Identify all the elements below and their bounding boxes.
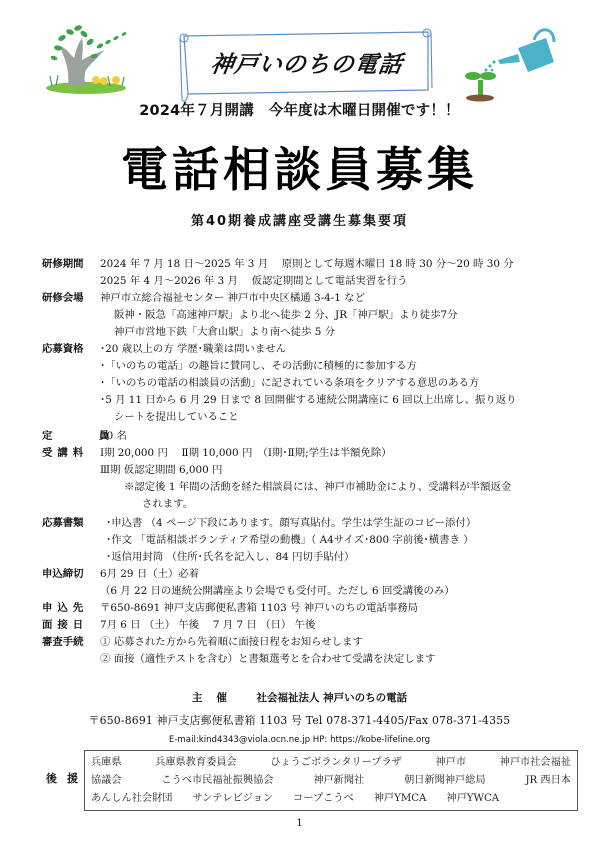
sponsor-item: 神戸YMCA xyxy=(374,790,427,808)
row-capacity: 定 員 30 名 xyxy=(42,428,582,445)
value-fee-4: されます。 xyxy=(142,496,582,513)
label-venue: 研修会場 xyxy=(42,290,100,307)
value-fee-2: Ⅲ期 仮認定期間 6,000 円 xyxy=(100,462,582,479)
row-apply-to: 申込先 〒650-8691 神戸支店郵便私書箱 1103 号 神戸いのちの電話事… xyxy=(42,600,582,617)
value-interview: 7月 6 日 （土） 午後 7 月 7 日 （日） 午後 xyxy=(100,617,582,634)
sponsor-item: 神戸市 xyxy=(435,754,466,772)
row-venue: 研修会場 神戸市立総合福祉センター 神戸市中央区橘通 3-4-1 など xyxy=(42,290,582,307)
value-eligibility-1: ･20 歳以上の方 学歴･職業は問いません xyxy=(100,341,582,358)
banner-title: 神戸いのちの電話 xyxy=(194,46,421,79)
row-venue-3: 神戸市営地下鉄「大倉山駅」より南へ徒歩 5 分 xyxy=(42,324,582,341)
label-documents: 応募書類 xyxy=(42,515,100,532)
page-number: 1 xyxy=(0,818,599,829)
value-fee-1: Ⅰ期 20,000 円 Ⅱ期 10,000 円 （Ⅰ期･Ⅱ期;学生は半額免除） xyxy=(100,445,582,462)
row-training-period-2: 2025 年 4 月～2026 年 3 月 仮認定期間として電話実習を行う xyxy=(42,273,582,290)
value-apply-to: 〒650-8691 神戸支店郵便私書箱 1103 号 神戸いのちの電話事務局 xyxy=(100,600,582,617)
label-interview: 面接日 xyxy=(42,617,100,634)
sponsor-item: 兵庫県教育委員会 xyxy=(155,754,237,772)
sponsor-item: 協議会 xyxy=(91,772,122,790)
row-deadline-2: （6 月 22 日の連続公開講座より会場でも受付可。ただし 6 回受講後のみ） xyxy=(42,583,582,600)
value-screening-2: ② 面接（適性テストを含む）と書類選考とを合わせて受講を決定します xyxy=(100,651,582,668)
row-documents-3: ･返信用封筒 （住所･氏名を記入し、84 円切手貼付） xyxy=(42,549,582,566)
sponsor-item: あんしん社会財団 xyxy=(91,790,173,808)
row-fee-3: ※認定後 1 年間の活動を経た相談員には、神戸市補助金により、受講料が半額返金 xyxy=(42,479,582,496)
value-documents-3: ･返信用封筒 （住所･氏名を記入し、84 円切手貼付） xyxy=(106,549,582,566)
organizer-address: 〒650-8691 神戸支店郵便私書箱 1103 号 Tel 078-371-4… xyxy=(0,713,599,728)
sponsor-item: 神戸市社会福祉 xyxy=(500,754,571,772)
sponsor-item: ひょうごボランタリープラザ xyxy=(270,754,402,772)
label-apply-to: 申込先 xyxy=(42,600,100,617)
subtitle: 2024年７月開講 今年度は木曜日開催です！！ xyxy=(0,99,599,120)
details-section: 研修期間 2024 年 7 月 18 日～2025 年 3 月 原則として毎週木… xyxy=(42,256,582,668)
value-training-period-2: 2025 年 4 月～2026 年 3 月 仮認定期間として電話実習を行う xyxy=(100,273,582,290)
sponsor-item: コープこうべ xyxy=(293,790,354,808)
label-eligibility: 応募資格 xyxy=(42,341,100,358)
label-capacity: 定 員 xyxy=(42,428,100,445)
row-interview: 面接日 7月 6 日 （土） 午後 7 月 7 日 （日） 午後 xyxy=(42,617,582,634)
value-venue-3: 神戸市営地下鉄「大倉山駅」より南へ徒歩 5 分 xyxy=(114,324,582,341)
organizer-contact: E-mail:kind4343@viola.ocn.ne.jp HP: http… xyxy=(0,735,599,745)
sponsor-item: 朝日新聞神戸総局 xyxy=(404,772,486,790)
sponsor-item: 神戸新聞社 xyxy=(313,772,364,790)
sponsors-label: 後援 xyxy=(46,770,88,786)
sponsors-box: 兵庫県 兵庫県教育委員会 ひょうごボランタリープラザ 神戸市 神戸市社会福祉 協… xyxy=(84,750,578,811)
label-screening: 審査手続 xyxy=(42,634,100,651)
row-eligibility-5: シートを提出していること xyxy=(42,409,582,426)
organizer-host: 主催 社会福祉法人 神戸いのちの電話 xyxy=(0,690,599,705)
tree-illustration xyxy=(38,18,128,96)
row-deadline: 申込締切 6月 29 日（土）必着 xyxy=(42,566,582,583)
row-fee-4: されます。 xyxy=(42,496,582,513)
value-eligibility-5: シートを提出していること xyxy=(114,409,582,426)
main-title: 電話相談員募集 xyxy=(0,133,599,200)
row-eligibility-4: ･5 月 11 日から 6 月 29 日まで 8 回開催する連続公開講座に 6 … xyxy=(42,392,582,409)
row-training-period: 研修期間 2024 年 7 月 18 日～2025 年 3 月 原則として毎週木… xyxy=(42,256,582,273)
host-label: 主催 xyxy=(192,692,241,704)
section-title: 第40期養成講座受講生募集要項 xyxy=(0,210,599,229)
row-fee: 受講料 Ⅰ期 20,000 円 Ⅱ期 10,000 円 （Ⅰ期･Ⅱ期;学生は半額… xyxy=(42,445,582,462)
value-deadline-2: （6 月 22 日の連続公開講座より会場でも受付可。ただし 6 回受講後のみ） xyxy=(100,583,582,600)
sponsor-line-1: 兵庫県 兵庫県教育委員会 ひょうごボランタリープラザ 神戸市 神戸市社会福祉 xyxy=(91,754,571,772)
value-eligibility-2: ･「いのちの電話」の趣旨に賛同し、その活動に積極的に参加する方 xyxy=(100,358,582,375)
value-documents-1: ･申込書 （4 ページ下段にあります。顔写真貼付。学生は学生証のコピー添付） xyxy=(100,515,582,532)
value-capacity: 30 名 xyxy=(100,428,582,445)
row-documents: 応募書類 ･申込書 （4 ページ下段にあります。顔写真貼付。学生は学生証のコピー… xyxy=(42,515,582,532)
sponsor-item: 兵庫県 xyxy=(91,754,122,772)
value-venue-1: 神戸市立総合福祉センター 神戸市中央区橘通 3-4-1 など xyxy=(100,290,582,307)
sponsor-item: サンテレビジョン xyxy=(193,790,274,808)
value-screening-1: ① 応募された方から先着順に面接日程をお知らせします xyxy=(100,634,582,651)
sponsor-item: JR 西日本 xyxy=(525,772,571,790)
row-screening: 審査手続 ① 応募された方から先着順に面接日程をお知らせします xyxy=(42,634,582,651)
row-eligibility-3: ･「いのちの電話の相談員の活動」に記されている条項をクリアする意思のある方 xyxy=(42,375,582,392)
value-deadline-1: 6月 29 日（土）必着 xyxy=(100,566,582,583)
sponsor-item: 神戸YWCA xyxy=(446,790,499,808)
value-training-period-1: 2024 年 7 月 18 日～2025 年 3 月 原則として毎週木曜日 18… xyxy=(100,256,582,273)
value-eligibility-3: ･「いのちの電話の相談員の活動」に記されている条項をクリアする意思のある方 xyxy=(100,375,582,392)
row-eligibility: 応募資格 ･20 歳以上の方 学歴･職業は問いません xyxy=(42,341,582,358)
row-documents-2: ･作文 「電話相談ボランティア希望の動機」（ A4サイズ･800 字前後･横書き… xyxy=(42,532,582,549)
host-name: 社会福祉法人 神戸いのちの電話 xyxy=(257,692,408,704)
value-eligibility-4: ･5 月 11 日から 6 月 29 日まで 8 回開催する連続公開講座に 6 … xyxy=(100,392,582,409)
watering-can-illustration xyxy=(458,18,558,104)
row-screening-2: ② 面接（適性テストを含む）と書類選考とを合わせて受講を決定します xyxy=(42,651,582,668)
label-deadline: 申込締切 xyxy=(42,566,100,583)
value-documents-2: ･作文 「電話相談ボランティア希望の動機」（ A4サイズ･800 字前後･横書き… xyxy=(106,532,582,549)
label-fee: 受講料 xyxy=(42,445,100,462)
sponsor-line-2: 協議会 こうべ市民福祉振興協会 神戸新聞社 朝日新聞神戸総局 JR 西日本 xyxy=(91,772,571,790)
value-fee-3: ※認定後 1 年間の活動を経た相談員には、神戸市補助金により、受講料が半額返金 xyxy=(124,479,582,496)
row-venue-2: 阪神・阪急「高速神戸駅」より北へ徒歩 2 分、JR「神戸駅」より徒歩7分 xyxy=(42,307,582,324)
value-venue-2: 阪神・阪急「高速神戸駅」より北へ徒歩 2 分、JR「神戸駅」より徒歩7分 xyxy=(114,307,582,324)
sponsor-line-3: あんしん社会財団 サンテレビジョン コープこうべ 神戸YMCA 神戸YWCA xyxy=(91,790,571,808)
sponsor-item: こうべ市民福祉振興協会 xyxy=(161,772,273,790)
row-eligibility-2: ･「いのちの電話」の趣旨に賛同し、その活動に積極的に参加する方 xyxy=(42,358,582,375)
recruitment-flyer: 神戸いのちの電話 2024年７月開講 今年度は木曜日開催です！！ 電話相談員募集… xyxy=(0,0,599,850)
label-training-period: 研修期間 xyxy=(42,256,100,273)
row-fee-2: Ⅲ期 仮認定期間 6,000 円 xyxy=(42,462,582,479)
